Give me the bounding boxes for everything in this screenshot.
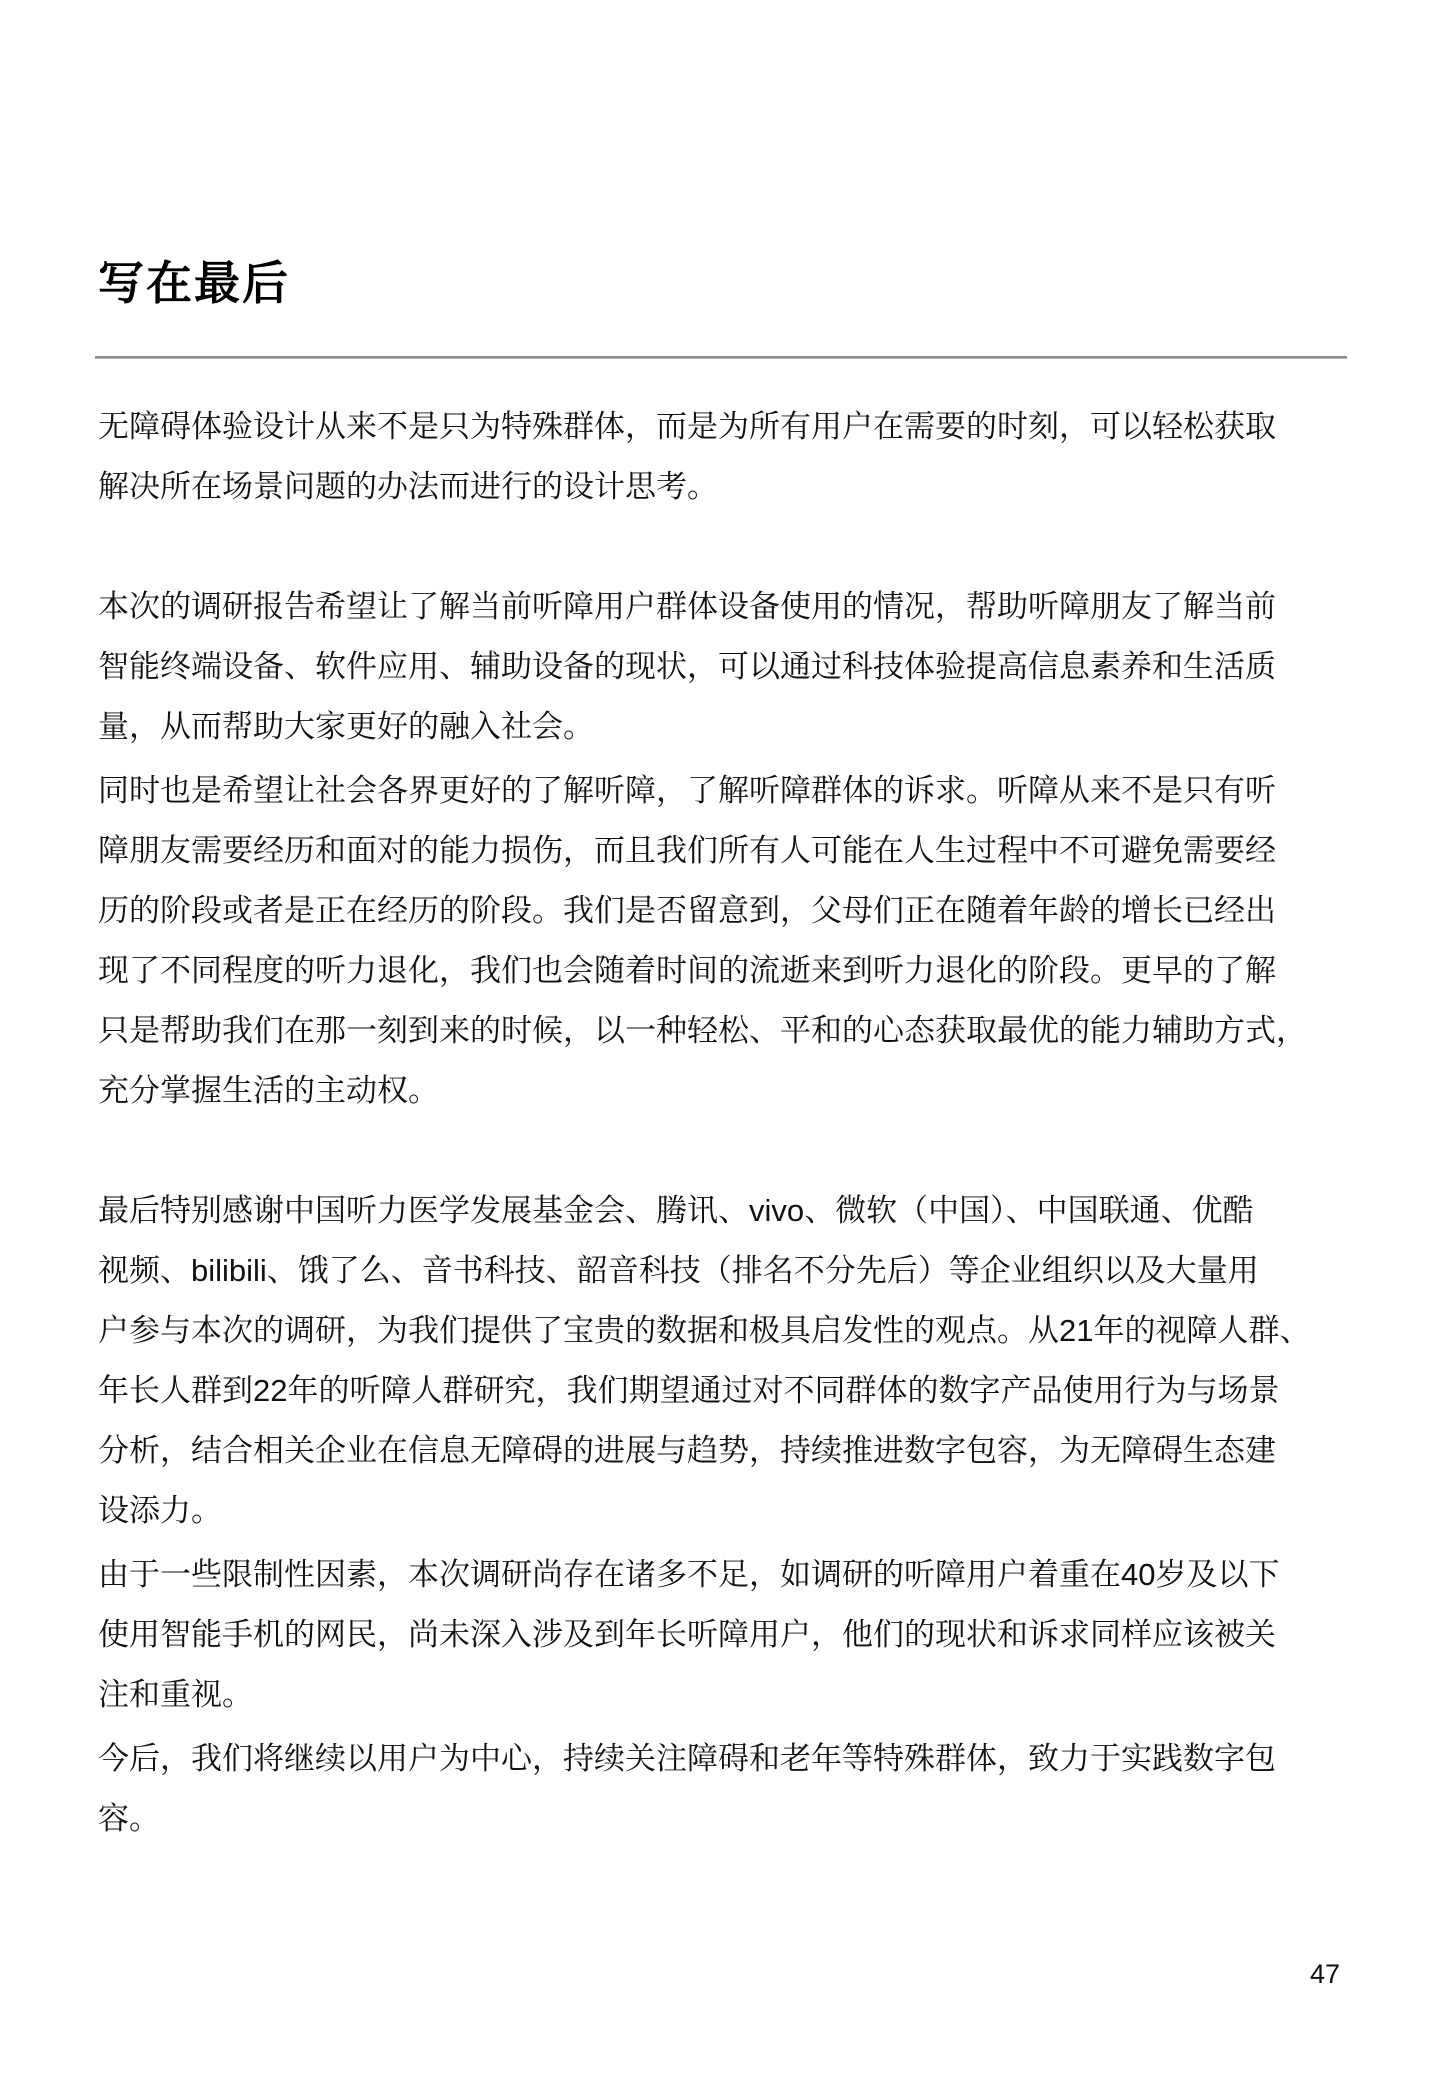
body-paragraph-4: 最后特别感谢中国听力医学发展基金会、腾讯、vivo、微软（中国）、中国联通、优酷… [98, 1181, 1347, 1541]
body-paragraph-6: 今后，我们将继续以用户为中心，持续关注障碍和老年等特殊群体，致力于实践数字包 容… [98, 1729, 1347, 1849]
page-body: 无障碍体验设计从来不是只为特殊群体，而是为所有用户在需要的时刻，可以轻松获取 解… [98, 397, 1347, 1849]
page-number: 47 [1310, 1957, 1340, 1991]
paragraph-spacer [98, 1125, 1347, 1181]
document-page: 写在最后 无障碍体验设计从来不是只为特殊群体，而是为所有用户在需要的时刻，可以轻… [0, 0, 1440, 2080]
page-content: 写在最后 无障碍体验设计从来不是只为特殊群体，而是为所有用户在需要的时刻，可以轻… [0, 0, 1440, 1849]
title-divider [95, 356, 1347, 359]
paragraph-spacer [98, 521, 1347, 577]
body-paragraph-2: 本次的调研报告希望让了解当前听障用户群体设备使用的情况，帮助听障朋友了解当前 智… [98, 577, 1347, 757]
page-title: 写在最后 [98, 0, 1347, 309]
body-paragraph-3: 同时也是希望让社会各界更好的了解听障，了解听障群体的诉求。听障从来不是只有听 障… [98, 761, 1347, 1121]
body-paragraph-1: 无障碍体验设计从来不是只为特殊群体，而是为所有用户在需要的时刻，可以轻松获取 解… [98, 397, 1347, 517]
body-paragraph-5: 由于一些限制性因素，本次调研尚存在诸多不足，如调研的听障用户着重在40岁及以下 … [98, 1545, 1347, 1725]
